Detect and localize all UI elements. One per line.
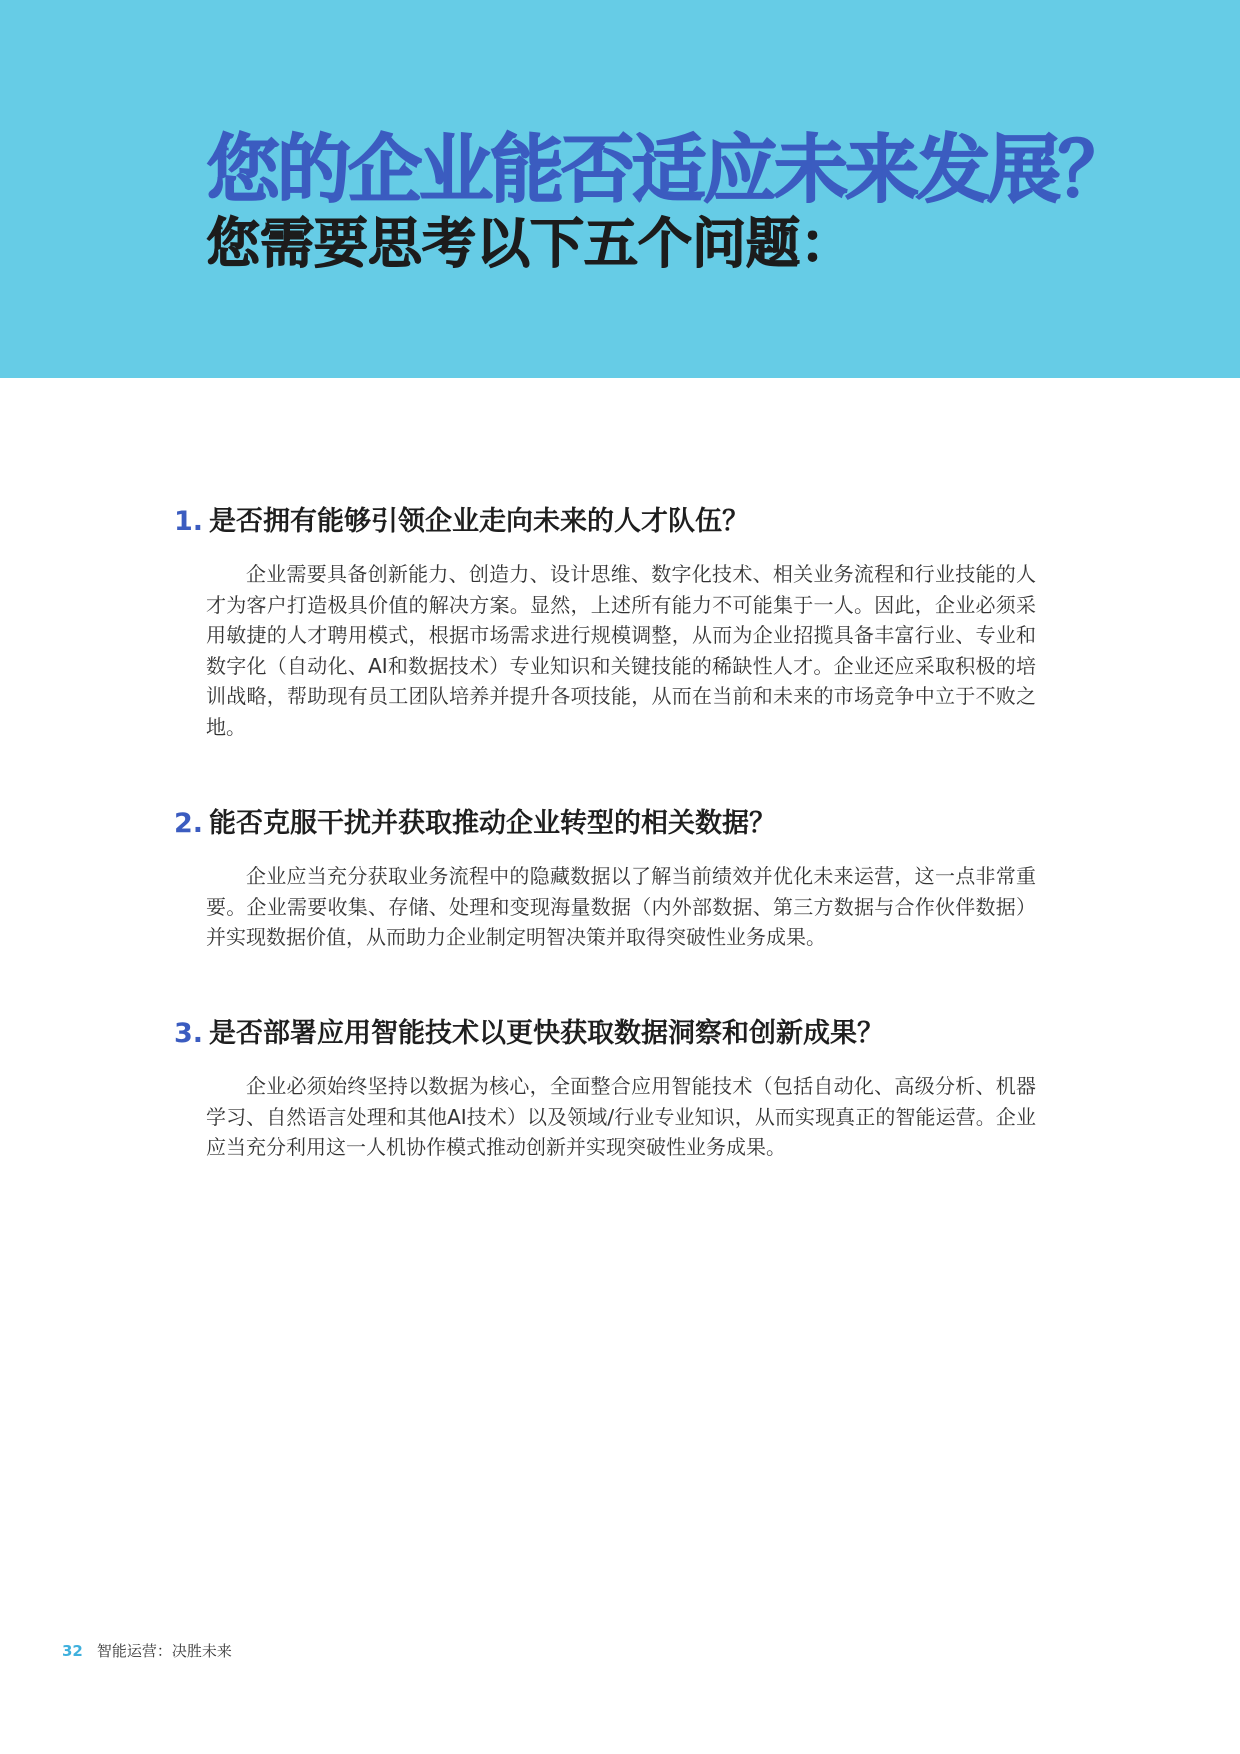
question-number: 2. xyxy=(174,808,203,839)
question-body: 企业需要具备创新能力、创造力、设计思维、数字化技术、相关业务流程和行业技能的人才… xyxy=(206,559,1036,742)
question-heading: 3.是否部署应用智能技术以更快获取数据洞察和创新成果？ xyxy=(174,1016,884,1052)
question-heading: 1.是否拥有能够引领企业走向未来的人才队伍？ xyxy=(174,504,749,540)
question-text: 是否部署应用智能技术以更快获取数据洞察和创新成果？ xyxy=(209,1018,884,1049)
question-heading: 2.能否克服干扰并获取推动企业转型的相关数据？ xyxy=(174,806,776,842)
publication-title: 智能运营：决胜未来 xyxy=(97,1642,232,1660)
question-number: 3. xyxy=(174,1018,203,1049)
question-number: 1. xyxy=(174,506,203,537)
page-number: 32 xyxy=(62,1642,83,1660)
page-title: 您的企业能否适应未来发展？ xyxy=(206,128,1129,212)
question-body: 企业应当充分获取业务流程中的隐藏数据以了解当前绩效并优化未来运营，这一点非常重要… xyxy=(206,861,1036,953)
question-text: 能否克服干扰并获取推动企业转型的相关数据？ xyxy=(209,808,776,839)
question-body: 企业必须始终坚持以数据为核心，全面整合应用智能技术（包括自动化、高级分析、机器学… xyxy=(206,1071,1036,1163)
page-subtitle: 您需要思考以下五个问题： xyxy=(206,212,854,276)
question-text: 是否拥有能够引领企业走向未来的人才队伍？ xyxy=(209,506,749,537)
hero-banner: 您的企业能否适应未来发展？ 您需要思考以下五个问题： xyxy=(0,0,1240,378)
page-footer: 32智能运营：决胜未来 xyxy=(62,1641,232,1661)
